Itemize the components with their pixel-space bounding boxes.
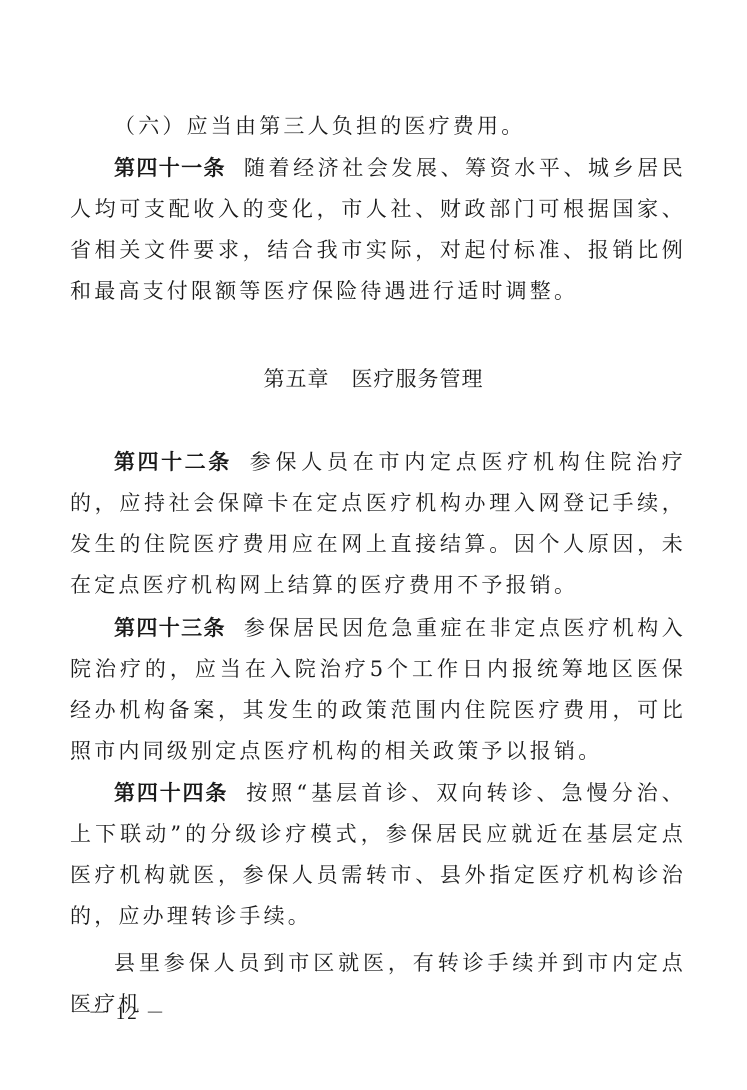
- article-42: 第四十二条参保人员在市内定点医疗机构住院治疗的，应持社会保障卡在定点医疗机构办理…: [70, 442, 686, 606]
- paragraph-item-6: （六）应当由第三人负担的医疗费用。: [70, 106, 686, 147]
- article-number: 第四十三条: [114, 616, 226, 640]
- chapter-number: 第五章: [264, 367, 330, 391]
- article-44: 第四十四条按照“基层首诊、双向转诊、急慢分治、上下联动”的分级诊疗模式，参保居民…: [70, 773, 686, 937]
- article-41: 第四十一条随着经济社会发展、筹资水平、城乡居民人均可支配收入的变化，市人社、财政…: [70, 148, 686, 312]
- article-number: 第四十四条: [114, 781, 228, 805]
- article-number: 第四十一条: [114, 156, 226, 180]
- page-number: － 12 －: [88, 998, 167, 1025]
- paragraph-text: （六）应当由第三人负担的医疗费用。: [114, 114, 525, 138]
- document-page: （六）应当由第三人负担的医疗费用。 第四十一条随着经济社会发展、筹资水平、城乡居…: [0, 0, 747, 1090]
- article-43: 第四十三条参保居民因危急重症在非定点医疗机构入院治疗的，应当在入院治疗5个工作日…: [70, 608, 686, 772]
- chapter-title: 医疗服务管理: [352, 367, 484, 391]
- chapter-heading: 第五章医疗服务管理: [0, 363, 747, 393]
- article-number: 第四十二条: [114, 450, 232, 474]
